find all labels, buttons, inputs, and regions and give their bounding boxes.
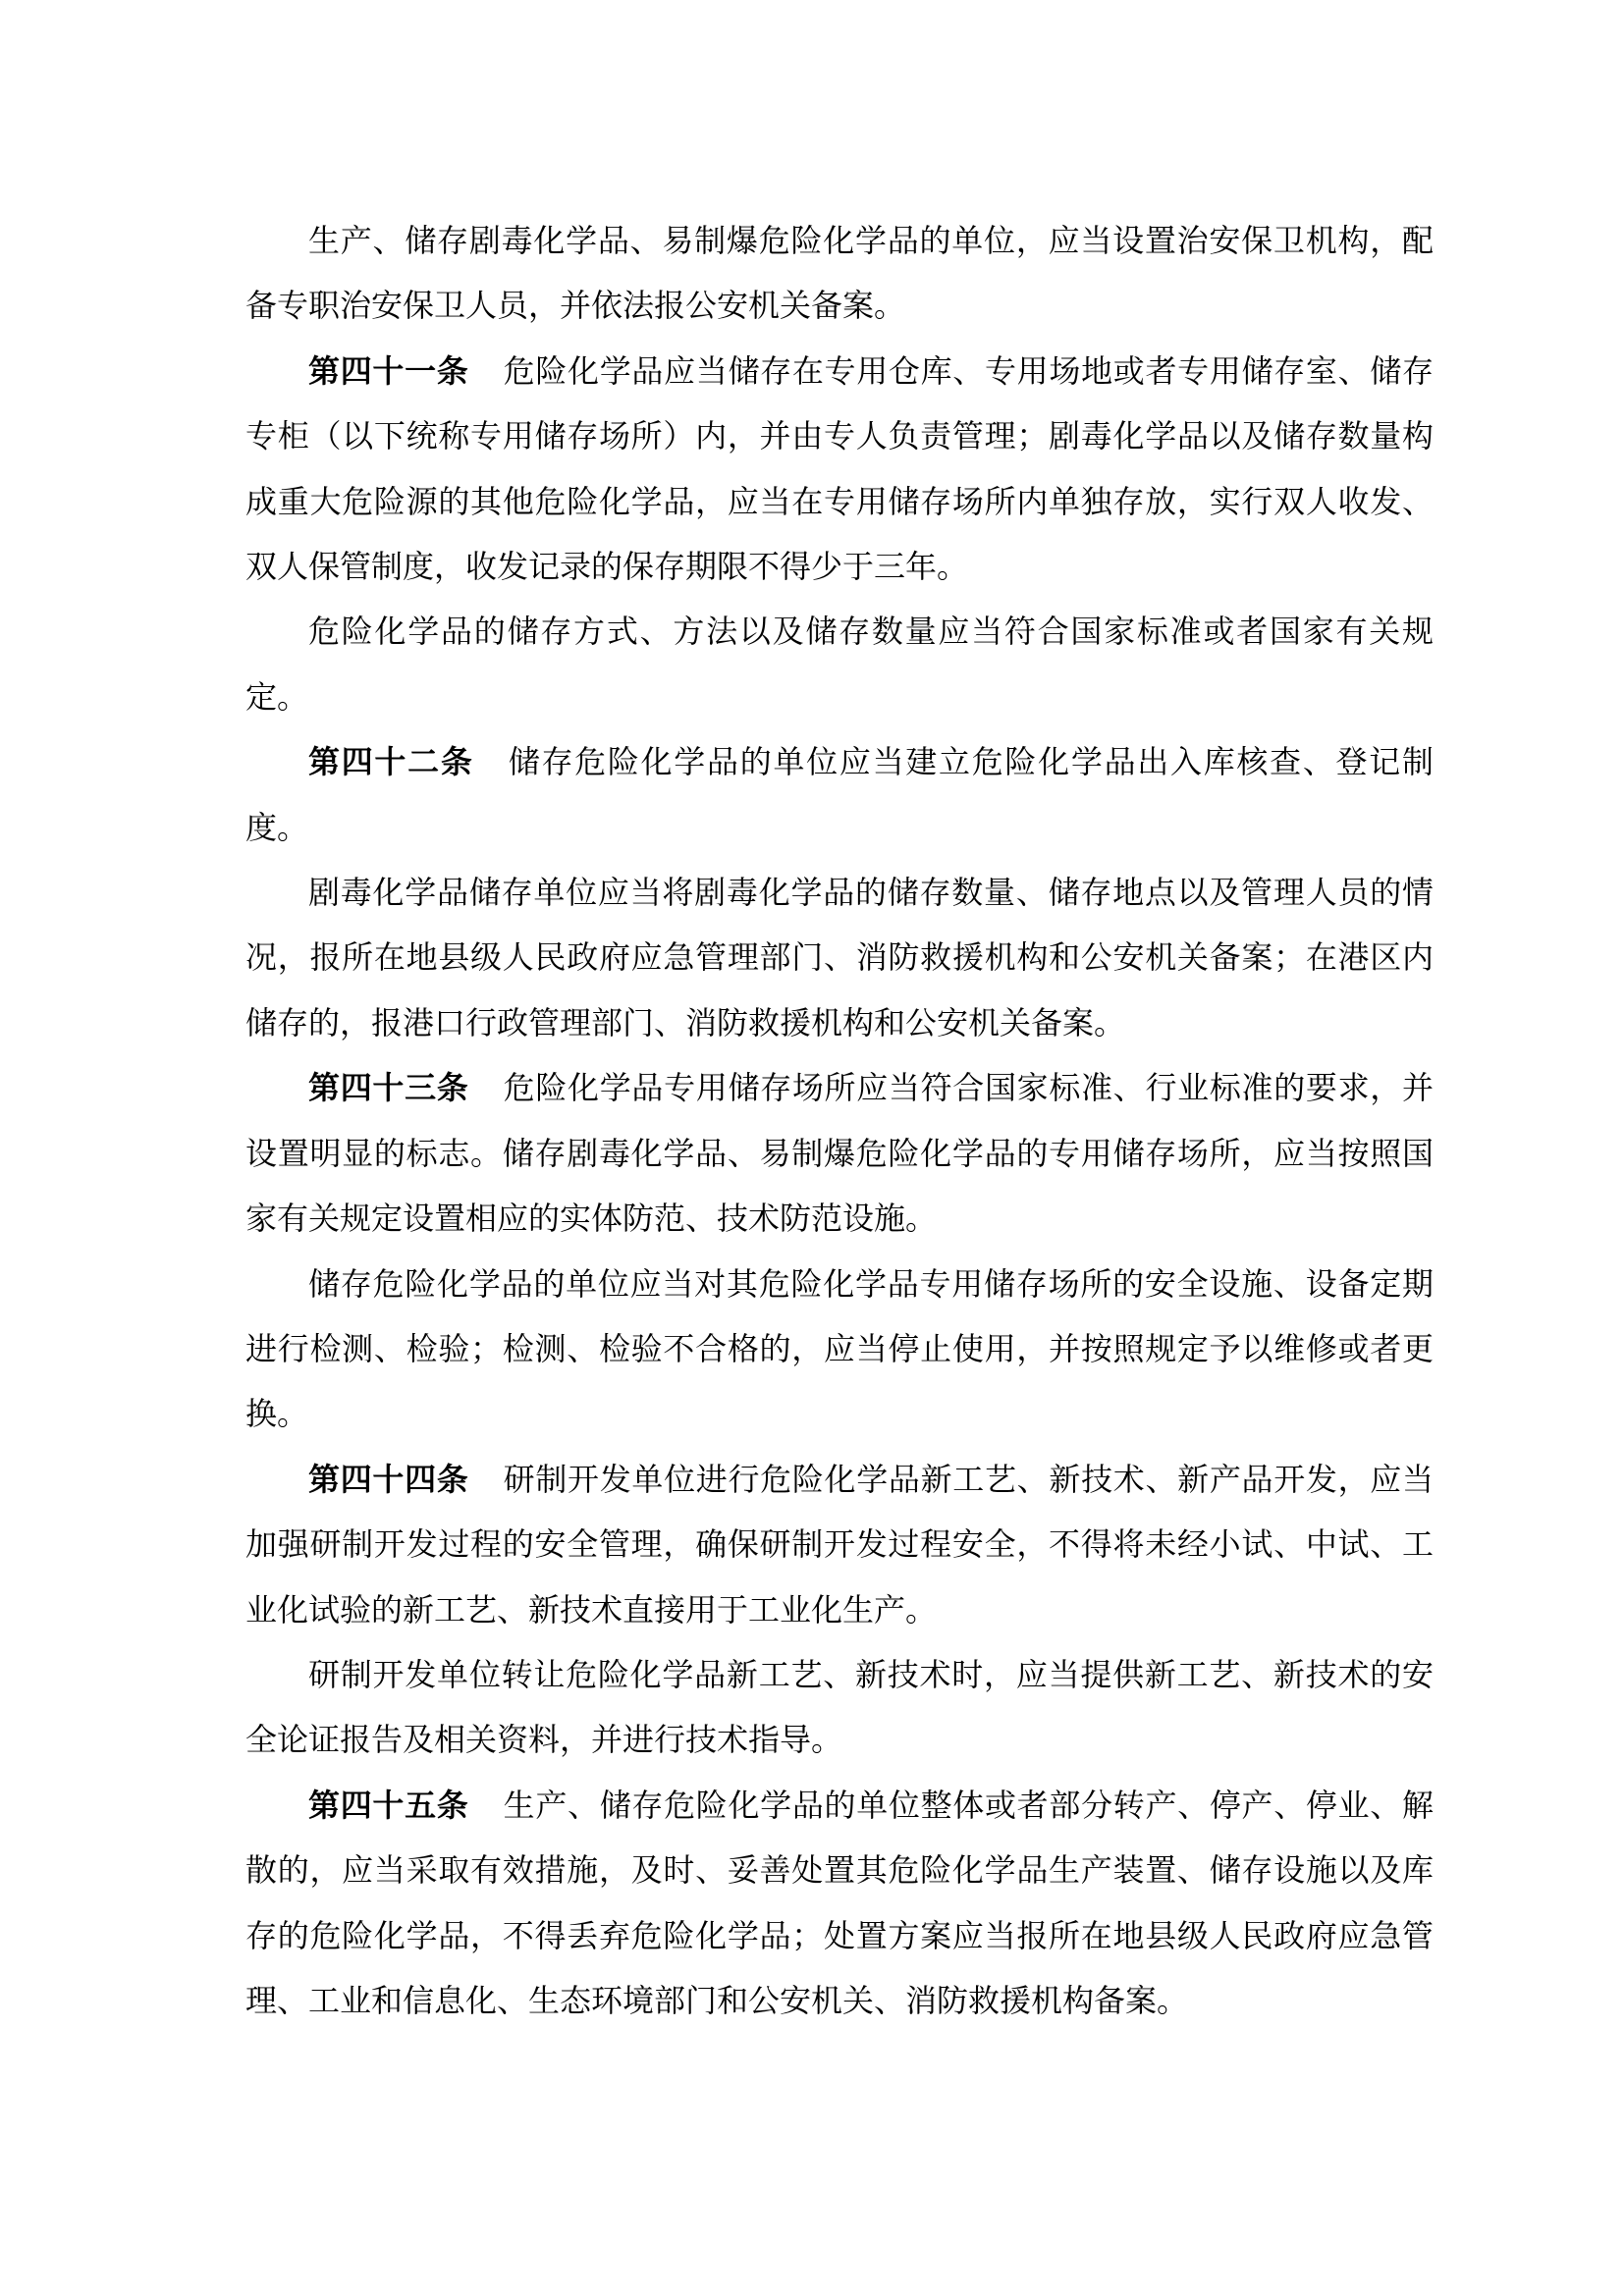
article-number: 第四十二条 (308, 744, 474, 779)
paragraph: 研制开发单位转让危险化学品新工艺、新技术时，应当提供新工艺、新技术的安全论证报告… (245, 1642, 1434, 1773)
paragraph: 生产、储存剧毒化学品、易制爆危险化学品的单位，应当设置治安保卫机构，配备专职治安… (245, 208, 1434, 339)
paragraph-text: 剧毒化学品储存单位应当将剧毒化学品的储存数量、储存地点以及管理人员的情况，报所在… (245, 875, 1434, 1041)
paragraph: 剧毒化学品储存单位应当将剧毒化学品的储存数量、储存地点以及管理人员的情况，报所在… (245, 860, 1434, 1055)
article-number: 第四十四条 (308, 1462, 468, 1497)
page: 生产、储存剧毒化学品、易制爆危险化学品的单位，应当设置治安保卫机构，配备专职治安… (0, 0, 1624, 2296)
paragraph: 第四十五条生产、储存危险化学品的单位整体或者部分转产、停产、停业、解散的，应当采… (245, 1773, 1434, 2034)
document-page: { "page": { "background": "#ffffff", "te… (0, 0, 1624, 2296)
paragraph-text: 生产、储存剧毒化学品、易制爆危险化学品的单位，应当设置治安保卫机构，配备专职治安… (245, 223, 1434, 323)
paragraph-text: 储存危险化学品的单位应当对其危险化学品专用储存场所的安全设施、设备定期进行检测、… (245, 1266, 1434, 1432)
paragraph: 第四十二条储存危险化学品的单位应当建立危险化学品出入库核查、登记制度。 (245, 729, 1434, 860)
paragraph-text: 危险化学品的储存方式、方法以及储存数量应当符合国家标准或者国家有关规定。 (245, 614, 1434, 714)
document-body: 生产、储存剧毒化学品、易制爆危险化学品的单位，应当设置治安保卫机构，配备专职治安… (245, 208, 1434, 2033)
paragraph: 储存危险化学品的单位应当对其危险化学品专用储存场所的安全设施、设备定期进行检测、… (245, 1252, 1434, 1447)
paragraph: 第四十三条危险化学品专用储存场所应当符合国家标准、行业标准的要求，并设置明显的标… (245, 1055, 1434, 1251)
paragraph: 第四十四条研制开发单位进行危险化学品新工艺、新技术、新产品开发，应当加强研制开发… (245, 1447, 1434, 1642)
paragraph: 危险化学品的储存方式、方法以及储存数量应当符合国家标准或者国家有关规定。 (245, 599, 1434, 729)
article-number: 第四十五条 (308, 1788, 468, 1823)
article-number: 第四十一条 (308, 353, 468, 389)
article-number: 第四十三条 (308, 1070, 468, 1105)
paragraph-text: 研制开发单位转让危险化学品新工艺、新技术时，应当提供新工艺、新技术的安全论证报告… (245, 1657, 1434, 1757)
paragraph: 第四十一条危险化学品应当储存在专用仓库、专用场地或者专用储存室、储存专柜（以下统… (245, 339, 1434, 600)
